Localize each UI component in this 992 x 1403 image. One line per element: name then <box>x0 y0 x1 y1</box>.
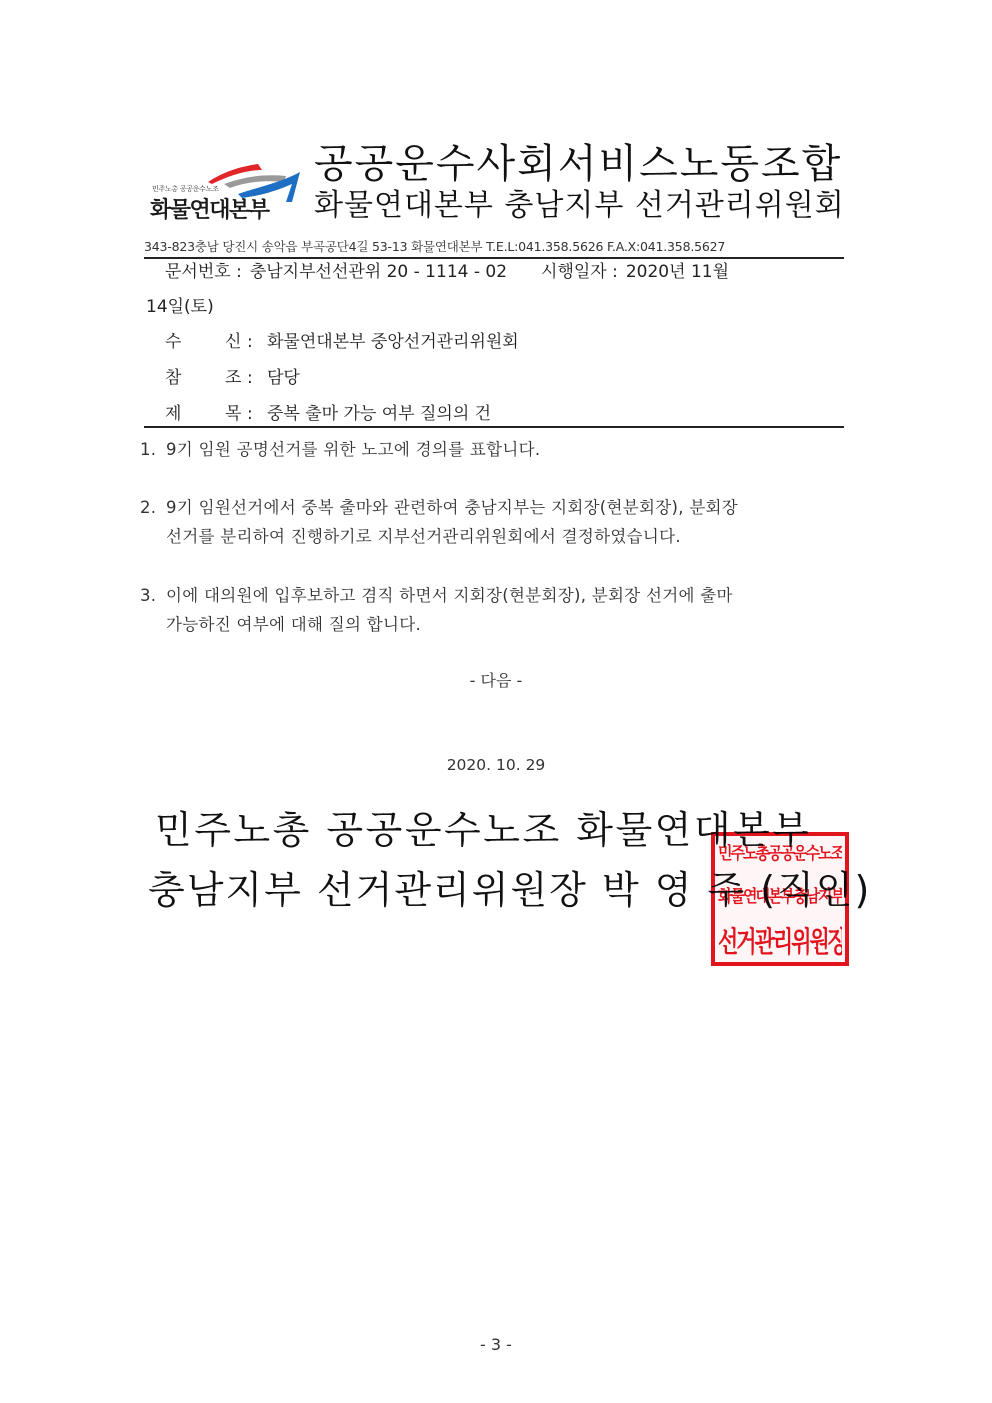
recipient-row: 수 신 : 화물연대본부 중앙선거관리위원회 <box>165 330 519 354</box>
paragraph-1: 1.9기 임원 공명선거를 위한 노고에 경의를 표합니다. <box>140 435 845 464</box>
seal-char: 수 <box>806 837 819 869</box>
enforce-date-value: 2020년 11월 <box>626 260 729 284</box>
doc-number-label: 문서번호 : <box>165 260 242 284</box>
subject-label-2: 목 <box>225 402 247 426</box>
colon: : <box>247 402 267 426</box>
reference-label-1: 참 <box>165 366 225 390</box>
seal-char: 대 <box>756 880 769 912</box>
seal-char: 거 <box>736 919 754 965</box>
document-page: 민주노총 공공운수노조 화물연대본부 공공운수사회서비스노동조합 화물연대본부 … <box>0 0 992 1403</box>
paragraph-3: 3.이에 대의원에 입후보하고 겸직 하면서 지회장(현분회장), 분회장 선거… <box>140 581 845 639</box>
recipient-label-2: 신 <box>225 330 247 354</box>
seal-char: 물 <box>731 880 744 912</box>
paragraph-text: 9기 임원 공명선거를 위한 노고에 경의를 표합니다. <box>166 440 540 459</box>
reference-row: 참 조 : 담당 <box>165 366 300 390</box>
seal-char: 주 <box>731 837 744 869</box>
paragraph-number: 3. <box>140 581 166 610</box>
seal-char: 공 <box>768 837 781 869</box>
seal-char: 연 <box>743 880 756 912</box>
subject-value: 중복 출마 가능 여부 질의의 건 <box>267 402 491 426</box>
seal-char: 본 <box>768 880 781 912</box>
paragraph-2: 2.9기 임원선거에서 중복 출마와 관련하여 충남지부는 지회장(현분회장),… <box>140 493 845 551</box>
document-date: 2020. 10. 29 <box>0 756 992 774</box>
logo-big-text: 화물연대본부 <box>150 193 269 224</box>
paragraph-text-continued: 가능하진 여부에 대해 질의 합니다. <box>140 610 845 639</box>
seal-row-3: 선 거 관 리 위 원 장 <box>718 919 842 965</box>
seal-char: 화 <box>718 880 731 912</box>
seal-char: 부 <box>781 880 794 912</box>
reference-label-2: 조 <box>225 366 247 390</box>
seal-char: 총 <box>756 837 769 869</box>
reference-value: 담당 <box>267 366 300 390</box>
next-marker: - 다음 - <box>0 668 992 691</box>
seal-char: 지 <box>818 880 831 912</box>
org-subtitle: 화물연대본부 충남지부 선거관리위원회 <box>314 188 845 224</box>
seal-char: 노 <box>818 837 831 869</box>
seal-char: 부 <box>831 880 843 912</box>
seal-char: 선 <box>718 919 736 965</box>
colon: : <box>247 330 267 354</box>
paragraph-number: 2. <box>140 493 166 522</box>
recipient-label-1: 수 <box>165 330 225 354</box>
subject-label-1: 제 <box>165 402 225 426</box>
enforce-date-continued: 14일(토) <box>146 295 214 319</box>
meta-divider <box>144 426 844 428</box>
seal-char: 민 <box>718 837 731 869</box>
seal-char: 충 <box>793 880 806 912</box>
recipient-value: 화물연대본부 중앙선거관리위원회 <box>267 330 519 354</box>
paragraph-text-continued: 선거를 분리하여 진행하기로 지부선거관리위원회에서 결정하였습니다. <box>140 522 845 551</box>
paragraph-text: 9기 임원선거에서 중복 출마와 관련하여 충남지부는 지회장(현분회장), 분… <box>166 498 738 517</box>
seal-char: 운 <box>793 837 806 869</box>
seal-char: 위 <box>791 919 809 965</box>
header-divider <box>144 257 844 259</box>
subject-row: 제 목 : 중복 출마 가능 여부 질의의 건 <box>165 402 491 426</box>
paragraph-number: 1. <box>140 435 166 464</box>
doc-number-row: 문서번호 : 충남지부선선관위 20 - 1114 - 02 시행일자 : 20… <box>165 260 845 284</box>
seal-char: 장 <box>828 919 842 965</box>
colon: : <box>247 366 267 390</box>
union-logo: 민주노총 공공운수노조 화물연대본부 <box>146 160 302 222</box>
enforce-date-label: 시행일자 : <box>541 260 618 284</box>
seal-char: 원 <box>809 919 827 965</box>
official-seal: 민 주 노 총 공 공 운 수 노 조 화 물 연 대 본 부 충 남 지 부 … <box>711 832 849 966</box>
org-title: 공공운수사회서비스노동조합 <box>314 140 842 188</box>
seal-char: 리 <box>773 919 791 965</box>
page-number: - 3 - <box>0 1335 992 1354</box>
seal-char: 관 <box>755 919 773 965</box>
seal-char: 남 <box>806 880 819 912</box>
address-line: 343-823충남 당진시 송악읍 부곡공단4길 53-13 화물연대본부 T.… <box>144 237 844 255</box>
seal-row-1: 민 주 노 총 공 공 운 수 노 조 <box>718 837 842 869</box>
seal-char: 노 <box>743 837 756 869</box>
seal-char: 조 <box>831 837 843 869</box>
doc-number-value: 충남지부선선관위 20 - 1114 - 02 <box>250 260 507 284</box>
seal-char: 공 <box>781 837 794 869</box>
seal-row-2: 화 물 연 대 본 부 충 남 지 부 <box>718 880 842 912</box>
paragraph-text: 이에 대의원에 입후보하고 겸직 하면서 지회장(현분회장), 분회장 선거에 … <box>166 586 733 605</box>
